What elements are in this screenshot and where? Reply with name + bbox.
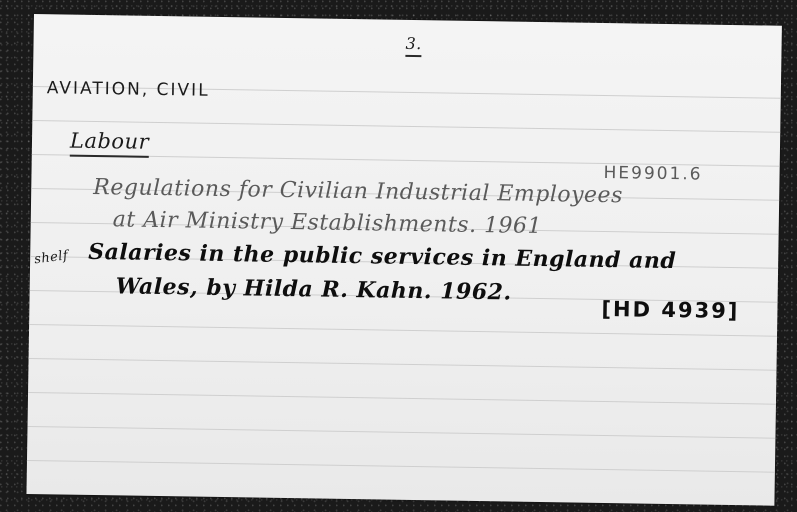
subheading-text: Labour (70, 129, 150, 158)
classmark-2: [HD 4939] (601, 297, 739, 323)
card-number: 3. (405, 34, 422, 53)
entry-2-line-2: Wales, by Hilda R. Kahn. 1962. (116, 273, 512, 305)
ruled-line (29, 358, 777, 371)
classmark-1: HE9901.6 (603, 163, 702, 185)
ruled-line (29, 324, 777, 337)
catalogue-card: 3. AVIATION, CIVIL Labour HE9901.6 Regul… (26, 14, 781, 506)
entry-2-line-1: Salaries in the public services in Engla… (88, 239, 676, 274)
ruled-line (27, 460, 775, 473)
ruled-line (28, 392, 776, 405)
subject-subheading: Labour (70, 129, 149, 154)
shelf-note: shelf (33, 248, 69, 267)
entry-1-line-1: Regulations for Civilian Industrial Empl… (93, 175, 623, 208)
entry-1-line-2: at Air Ministry Establishments. 1961 (113, 207, 543, 239)
subject-heading: AVIATION, CIVIL (47, 78, 210, 101)
card-number-text: 3. (405, 34, 422, 57)
ruled-line (28, 426, 776, 439)
